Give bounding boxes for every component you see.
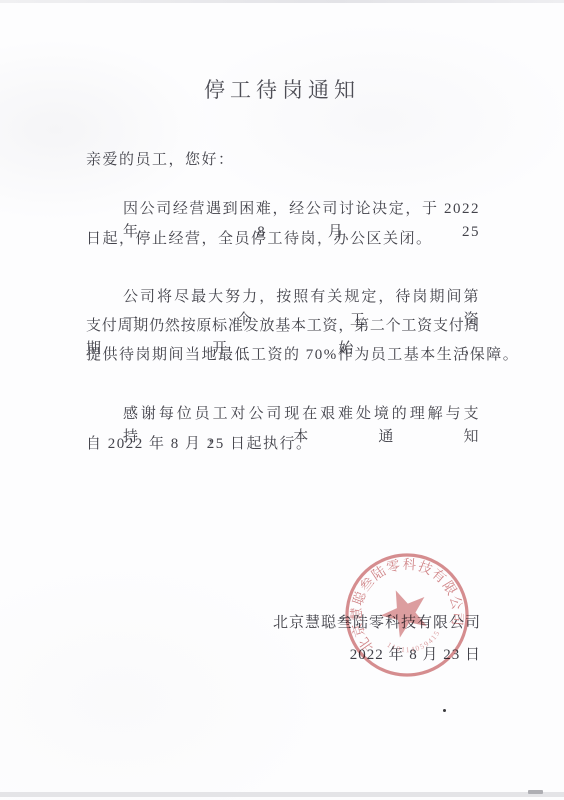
greeting-line: 亲爱的员工，您好：: [86, 149, 480, 172]
paragraph-2-line-1: 公司将尽最大努力，按照有关规定，待岗期间第一个工资: [86, 286, 480, 309]
paragraph-3-line-2: 自 2022 年 8 月 25 日起执行。: [86, 433, 480, 456]
company-seal-stamp-icon: 北京慧聪叁陆零科技有限公司 110114059415: [332, 540, 482, 690]
seal-star-icon: [374, 581, 435, 641]
paragraph-2-line-2: 支付周期仍然按原标准发放基本工资，第二个工资支付周期开始，: [86, 315, 480, 338]
seal-serial-number: 110114059415: [384, 627, 446, 661]
page-title: 停工待岗通知: [0, 74, 564, 104]
photo-top-edge: [0, 0, 564, 3]
paragraph-3-line-1: 感谢每位员工对公司现在艰难处境的理解与支持，本通知: [86, 403, 480, 426]
photo-bottom-mark: [528, 790, 543, 794]
paragraph-1-line-2: 日起，停止经营，全员停工待岗，办公区关闭。: [86, 228, 480, 251]
ink-speck: [443, 709, 446, 712]
paragraph-2-line-3: 提供待岗期间当地最低工资的 70%作为员工基本生活保障。: [86, 344, 480, 367]
paragraph-1-line-1: 因公司经营遇到困难，经公司讨论决定，于 2022 年 8 月 25: [86, 198, 480, 221]
photo-bottom-edge: [0, 792, 564, 797]
scanned-letter-page: 停工待岗通知 亲爱的员工，您好： 因公司经营遇到困难，经公司讨论决定，于 202…: [0, 0, 564, 800]
